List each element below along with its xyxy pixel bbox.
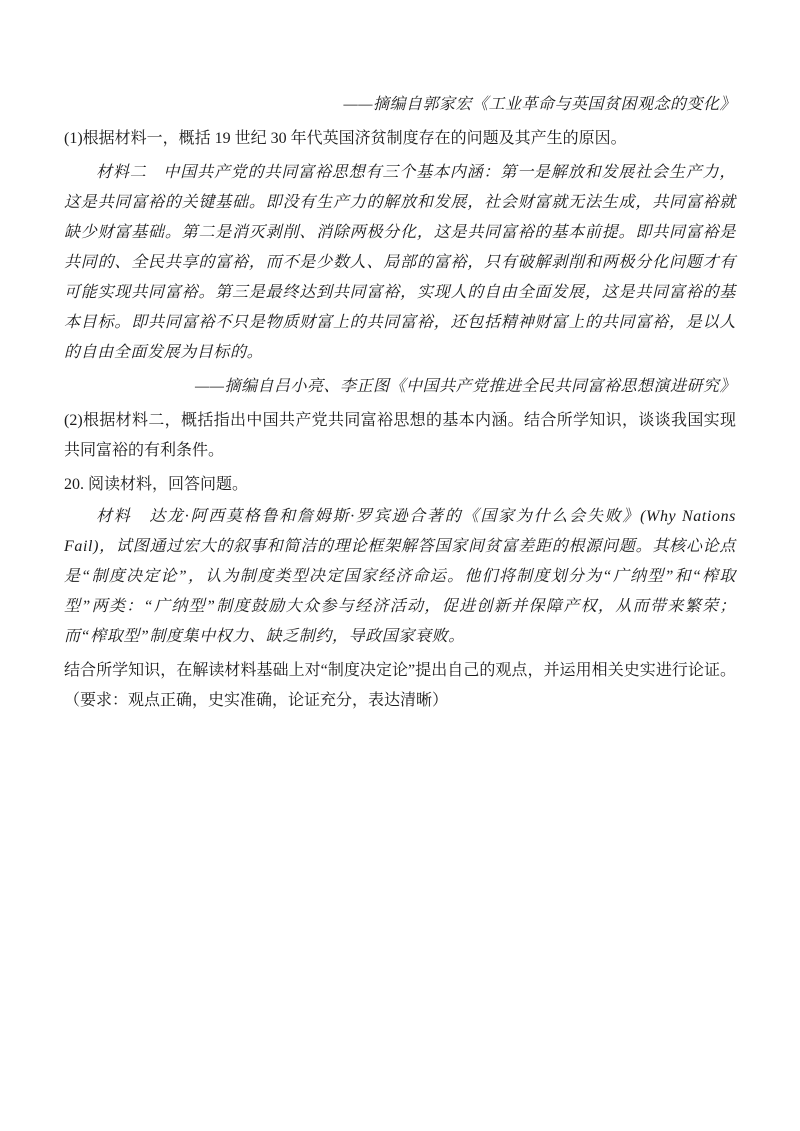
question-20-header: 20. 阅读材料，回答问题。 xyxy=(64,470,736,500)
question-1: (1)根据材料一，概括 19 世纪 30 年代英国济贫制度存在的问题及其产生的原… xyxy=(64,124,736,154)
question-20-task: 结合所学知识，在解读材料基础上对“制度决定论”提出自己的观点，并运用相关史实进行… xyxy=(64,656,736,716)
exam-page: ——摘编自郭家宏《工业革命与英国贫困观念的变化》 (1)根据材料一，概括 19 … xyxy=(0,0,800,1131)
material-20-paragraph: 材料 达龙·阿西莫格鲁和詹姆斯·罗宾逊合著的《国家为什么会失败》(Why Nat… xyxy=(64,502,736,652)
attribution-source-2: ——摘编自吕小亮、李正图《中国共产党推进全民共同富裕思想演进研究》 xyxy=(64,372,736,402)
material-2-paragraph: 材料二 中国共产党的共同富裕思想有三个基本内涵：第一是解放和发展社会生产力，这是… xyxy=(64,158,736,368)
attribution-source-1: ——摘编自郭家宏《工业革命与英国贫困观念的变化》 xyxy=(64,90,736,120)
question-2: (2)根据材料二，概括指出中国共产党共同富裕思想的基本内涵。结合所学知识，谈谈我… xyxy=(64,406,736,466)
